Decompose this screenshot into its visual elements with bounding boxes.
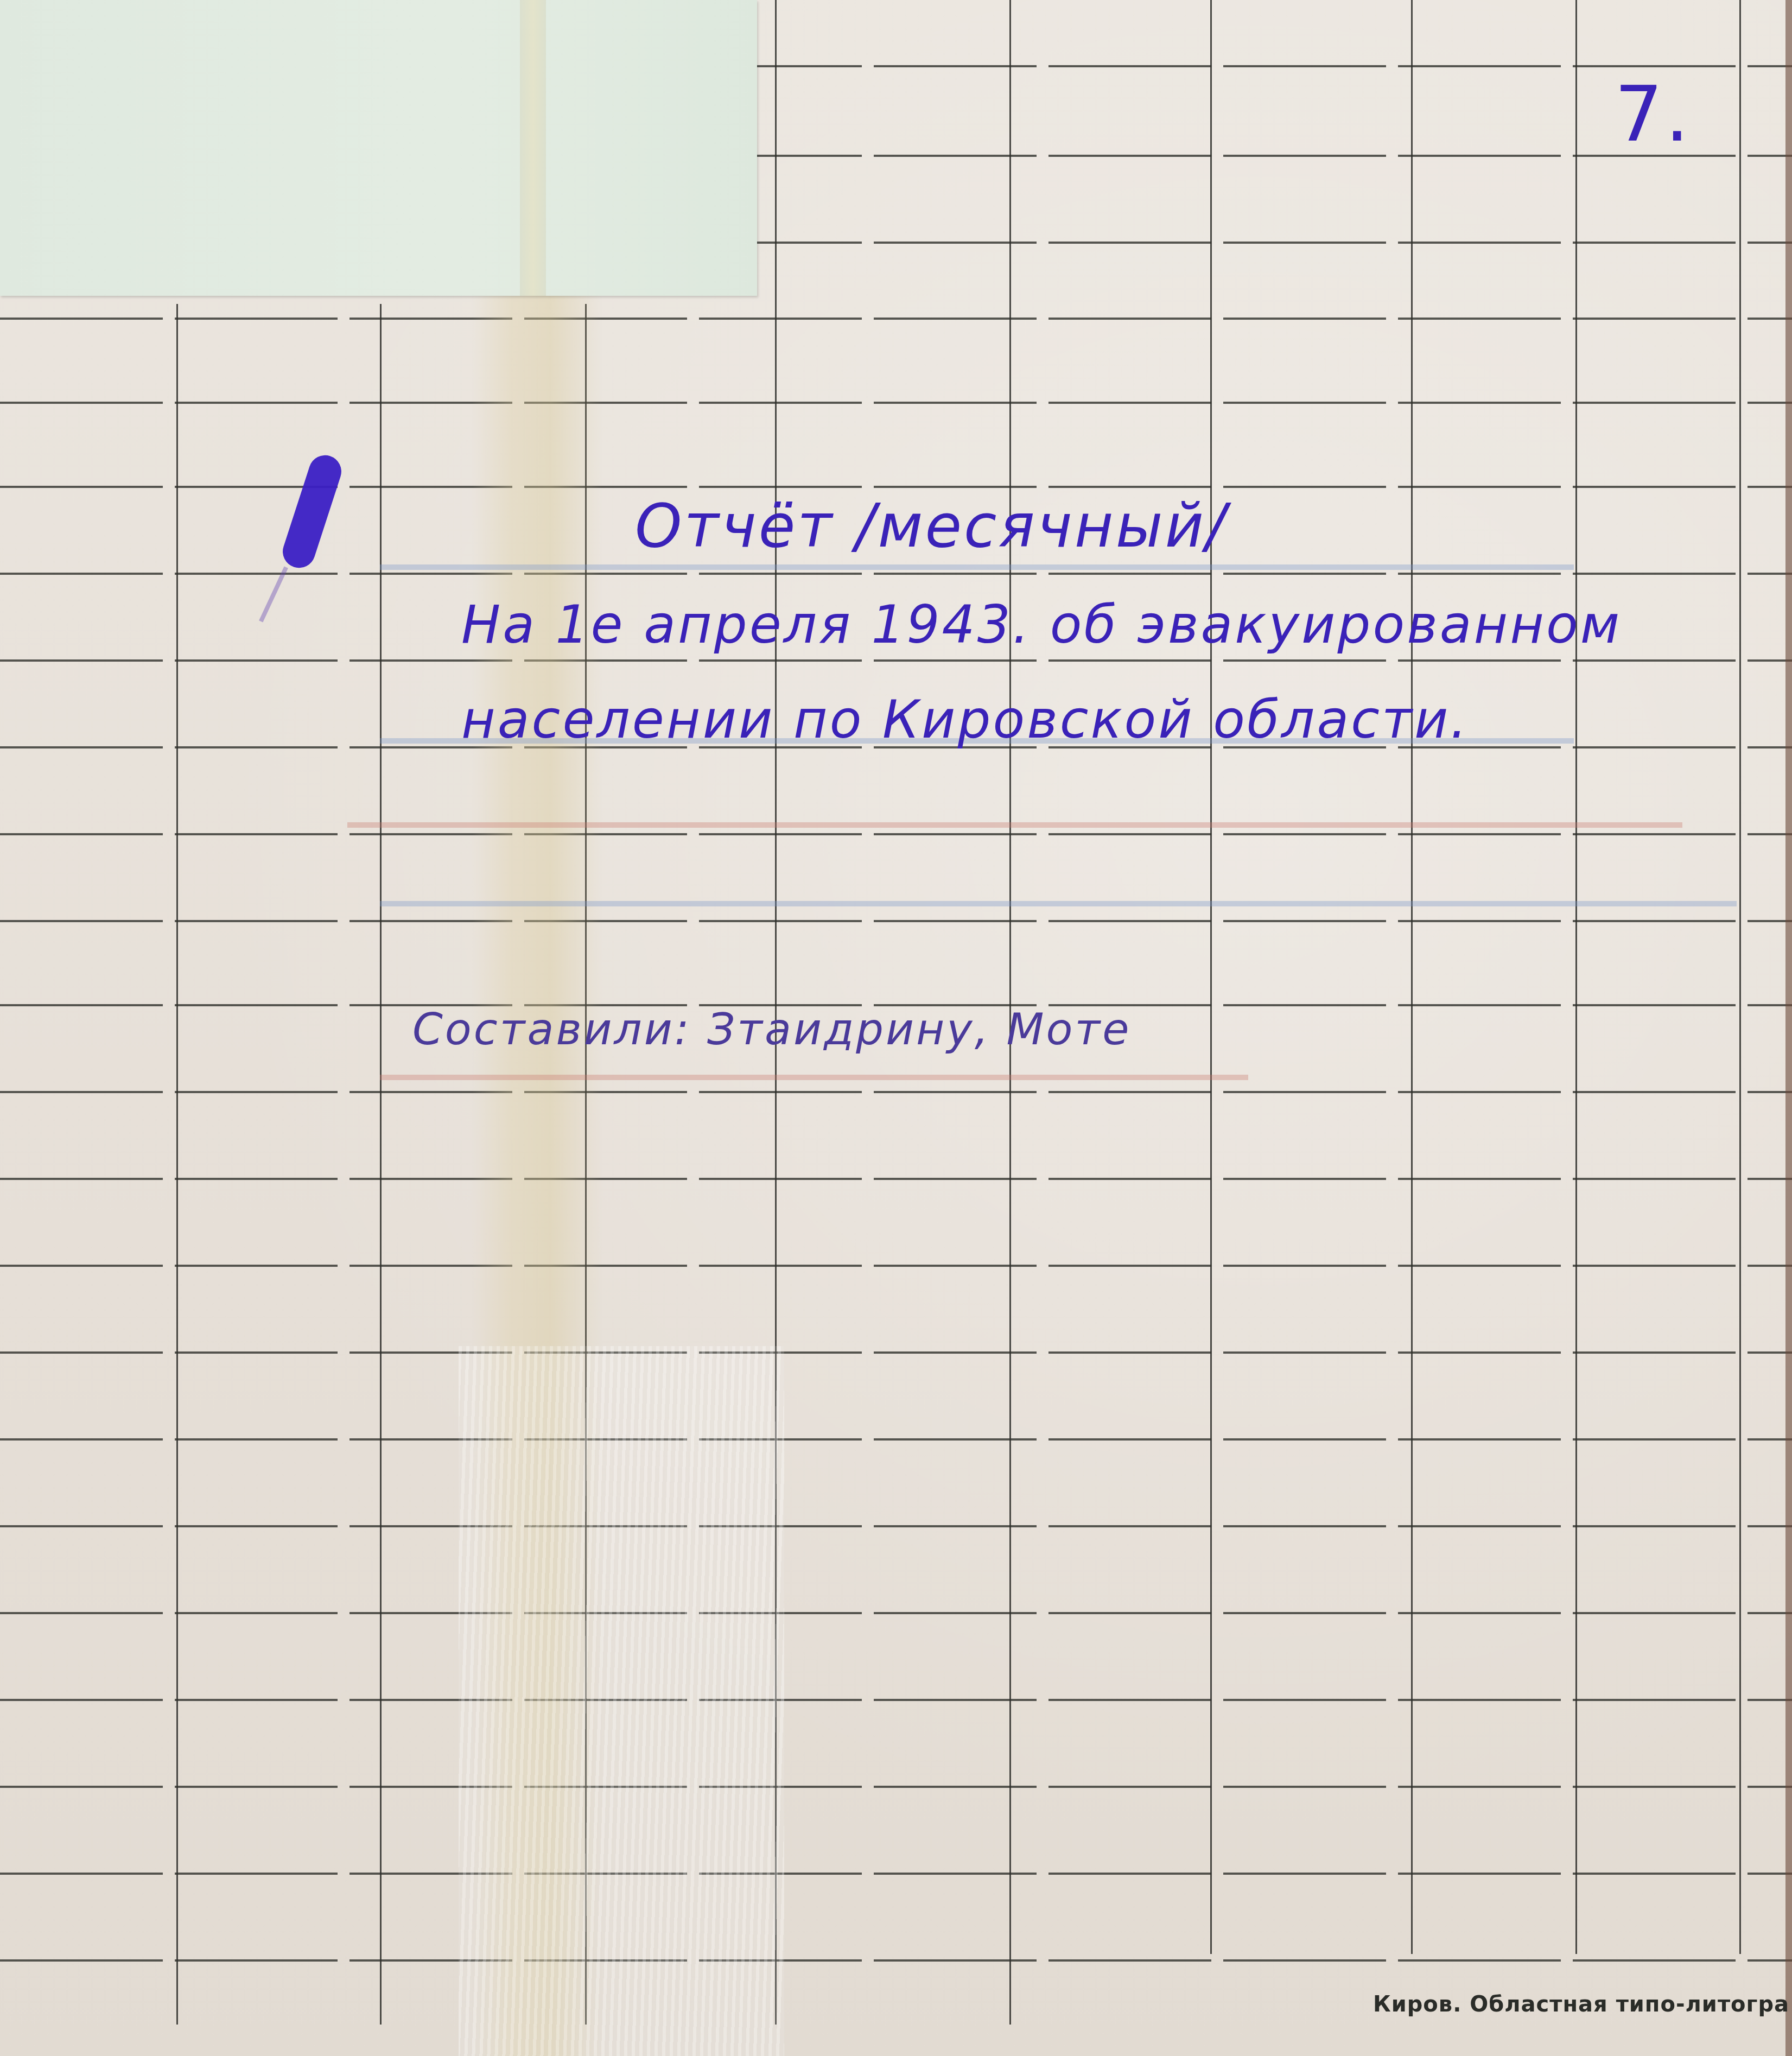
- ruling-row: [0, 833, 1792, 835]
- pencil-underline-red: [380, 1075, 1248, 1080]
- report-title: Отчёт /месячный/: [635, 491, 1228, 561]
- ruling-row: [0, 1091, 1792, 1093]
- pencil-underline-red: [347, 822, 1682, 828]
- ruling-row: [0, 1959, 1792, 1962]
- ruling-row: [0, 573, 1792, 575]
- ruling-row: [0, 486, 1792, 488]
- pasted-label: [0, 0, 757, 296]
- page-number: 7.: [1615, 71, 1692, 159]
- document-page: 7. Отчёт /месячный/ На 1е апреля 1943. о…: [0, 0, 1792, 2056]
- page-edge: [1785, 0, 1792, 2056]
- ruling-row: [0, 1612, 1792, 1614]
- ruling-vertical: [1210, 0, 1212, 1954]
- ruling-row: [0, 1178, 1792, 1180]
- ruling-row: [0, 1351, 1792, 1354]
- ruling-row: [0, 318, 1792, 320]
- pencil-underline-blue: [380, 564, 1574, 570]
- ruling-vertical: [1411, 0, 1413, 1954]
- ruling-vertical: [1575, 0, 1577, 1954]
- compilers-signature: Составили: Зтаидрину, Моте: [412, 1004, 1131, 1055]
- ruling-row: [0, 1525, 1792, 1527]
- report-subtitle-line-2: населении по Кировской области.: [461, 689, 1469, 750]
- ruling-row: [0, 920, 1792, 922]
- ruling-row: [0, 1873, 1792, 1875]
- ruling-vertical: [176, 304, 178, 2025]
- ruling-row: [0, 1265, 1792, 1267]
- pencil-underline-blue: [380, 901, 1737, 906]
- label-fold: [520, 0, 546, 296]
- printer-imprint: Киров. Областная типо-литогра: [1373, 1992, 1789, 2017]
- ruling-row: [0, 1786, 1792, 1788]
- blue-pencil-mark: [278, 451, 346, 572]
- ruling-row: [0, 1438, 1792, 1441]
- ruling-row: [0, 659, 1792, 662]
- ruling-row: [0, 402, 1792, 404]
- repair-tape: [459, 1346, 784, 2056]
- ruling-row: [0, 1699, 1792, 1701]
- report-subtitle-line-1: На 1е апреля 1943. об эвакуированном: [461, 594, 1622, 655]
- ruling-vertical: [1739, 0, 1741, 1954]
- ruling-vertical: [380, 304, 382, 2025]
